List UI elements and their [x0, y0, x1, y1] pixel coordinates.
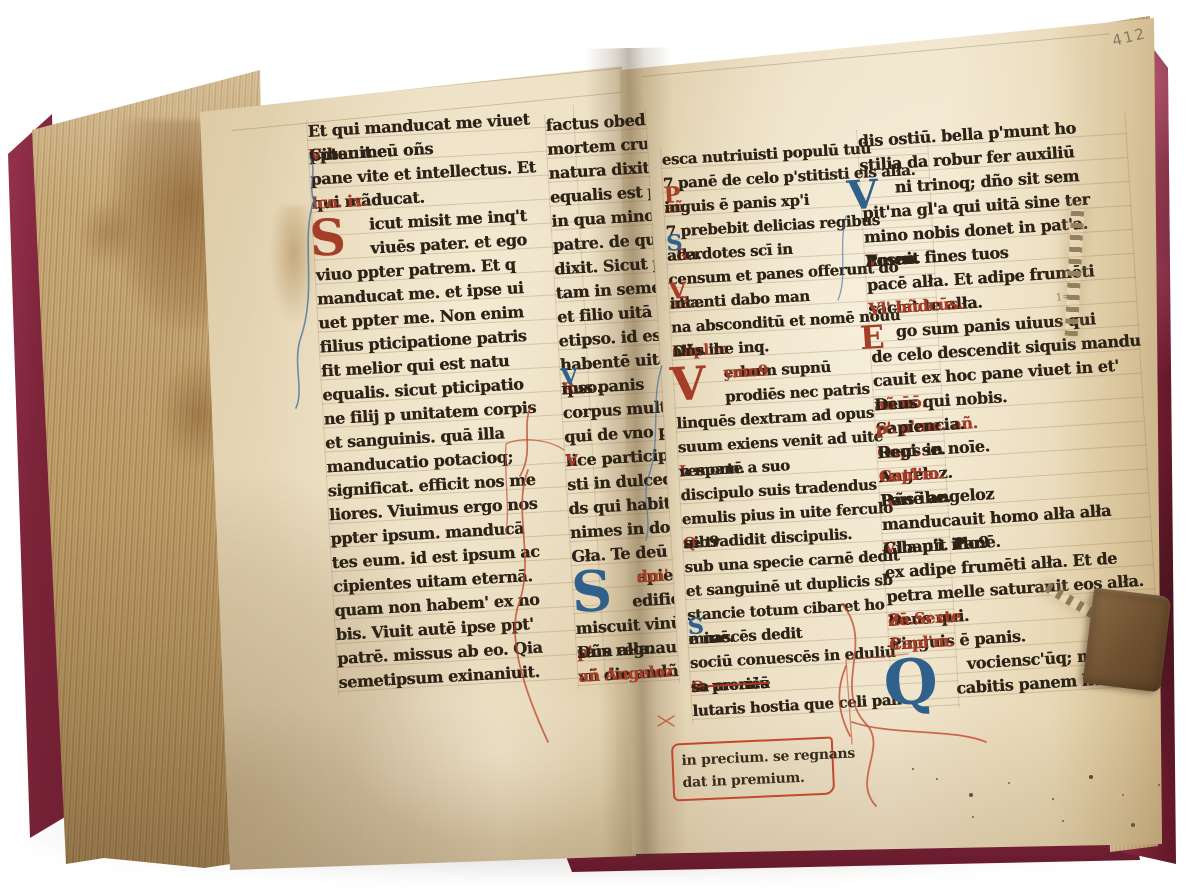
illuminated-initial: S	[308, 212, 346, 264]
ruling-line	[230, 67, 628, 107]
annotation-line: dat in premium.	[682, 766, 825, 794]
margin-mark: 1=	[1055, 291, 1071, 303]
stain	[78, 198, 138, 268]
illuminated-initial: E	[859, 321, 885, 354]
text-segment: V	[565, 449, 578, 474]
illuminated-initial: V	[846, 175, 879, 217]
ruling-line	[642, 33, 1110, 77]
illuminated-initial: S	[570, 563, 613, 621]
leather-strap	[1082, 588, 1171, 693]
text-segment: sa	[690, 674, 709, 699]
illuminated-initial: Q	[882, 650, 939, 715]
dirt-speckles	[912, 768, 914, 770]
text-segment: ymn9	[723, 358, 769, 384]
illuminated-initial: V	[669, 360, 707, 408]
manuscript-photo: Et qui manducat me viuetppter me. V Ciba…	[0, 0, 1200, 892]
text-segment: p'.	[875, 416, 897, 441]
text-segment: uib9	[682, 529, 719, 555]
marginal-annotation-box: in precium. se regnans dat in premium.	[671, 736, 835, 801]
